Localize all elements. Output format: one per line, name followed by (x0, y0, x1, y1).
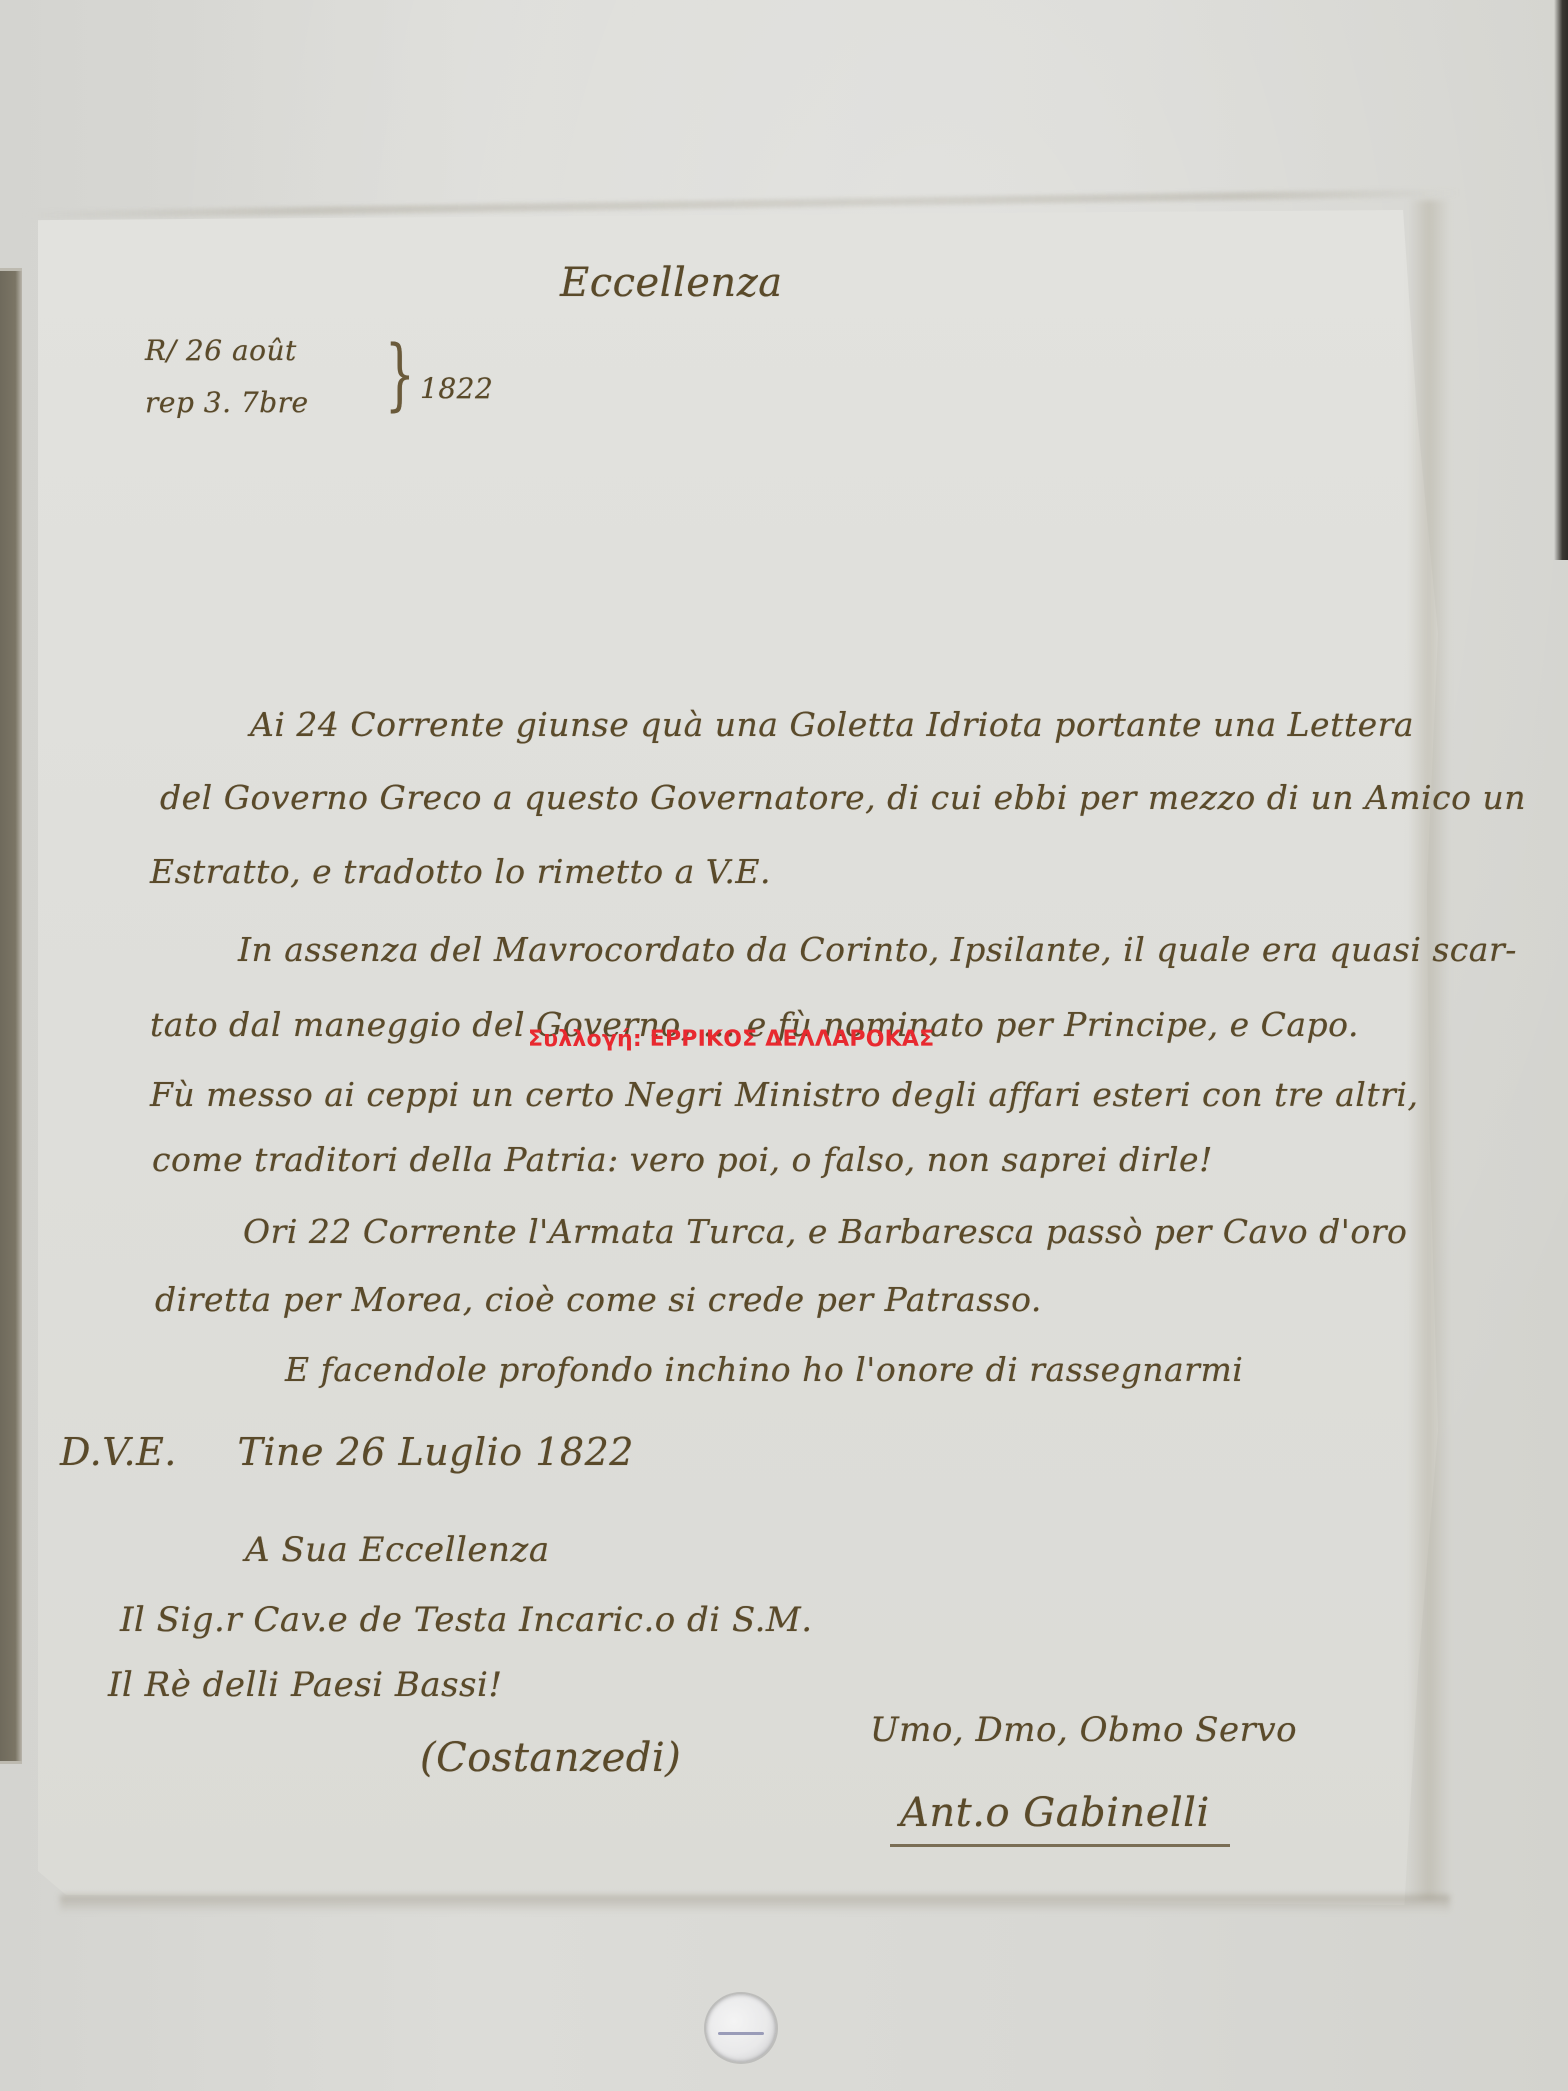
body-line: Ai 24 Corrente giunse quà una Goletta Id… (250, 705, 1414, 744)
brace-mark: } (385, 330, 415, 420)
collection-watermark: Συλλογή: ΕΡΡΙΚΟΣ ΔΕΛΛΑΡΟΚΑΣ (528, 1027, 934, 1052)
backdrop-dark-edge (1554, 0, 1568, 560)
archive-note-replied: rep 3. 7bre (145, 377, 309, 429)
place-date: Tine 26 Luglio 1822 (237, 1430, 633, 1474)
binder-strip (0, 268, 22, 1764)
body-line: Fù messo ai ceppi un certo Negri Ministr… (150, 1075, 1418, 1114)
body-line: come traditori della Patria: vero poi, o… (152, 1140, 1213, 1179)
body-line: Estratto, e tradotto lo rimetto a V.E. (150, 852, 771, 891)
punch-hole (706, 1994, 776, 2062)
signature-closing: Umo, Dmo, Obmo Servo (870, 1710, 1297, 1750)
body-line: diretta per Morea, cioè come si crede pe… (155, 1280, 1042, 1319)
letter-sheet (38, 210, 1438, 1905)
archive-note: R/ 26 août rep 3. 7bre (145, 325, 309, 429)
recipient-line: Il Rè delli Paesi Bassi! (108, 1665, 503, 1705)
letter-shadow (60, 1895, 1450, 1913)
signature-name: Ant.o Gabinelli (890, 1790, 1230, 1847)
paper-edge-stain (1408, 200, 1450, 1900)
recipient-line: Il Sig.r Cav.e de Testa Incaric.o di S.M… (120, 1600, 813, 1640)
archive-note-received: R/ 26 août (145, 325, 309, 377)
annotation-costanzedi: (Costanzedi) (420, 1735, 681, 1781)
date-line: D.V.E. Tine 26 Luglio 1822 (60, 1430, 634, 1474)
recipient-line: A Sua Eccellenza (245, 1530, 550, 1570)
body-line: del Governo Greco a questo Governatore, … (160, 778, 1526, 817)
date-prefix: D.V.E. (60, 1430, 177, 1474)
body-line: Ori 22 Corrente l'Armata Turca, e Barbar… (243, 1212, 1407, 1251)
archive-note-year: 1822 (420, 372, 493, 405)
salutation: Eccellenza (560, 260, 783, 306)
body-line: In assenza del Mavrocordato da Corinto, … (238, 930, 1517, 969)
closing-formula: E facendole profondo inchino ho l'onore … (285, 1350, 1243, 1389)
